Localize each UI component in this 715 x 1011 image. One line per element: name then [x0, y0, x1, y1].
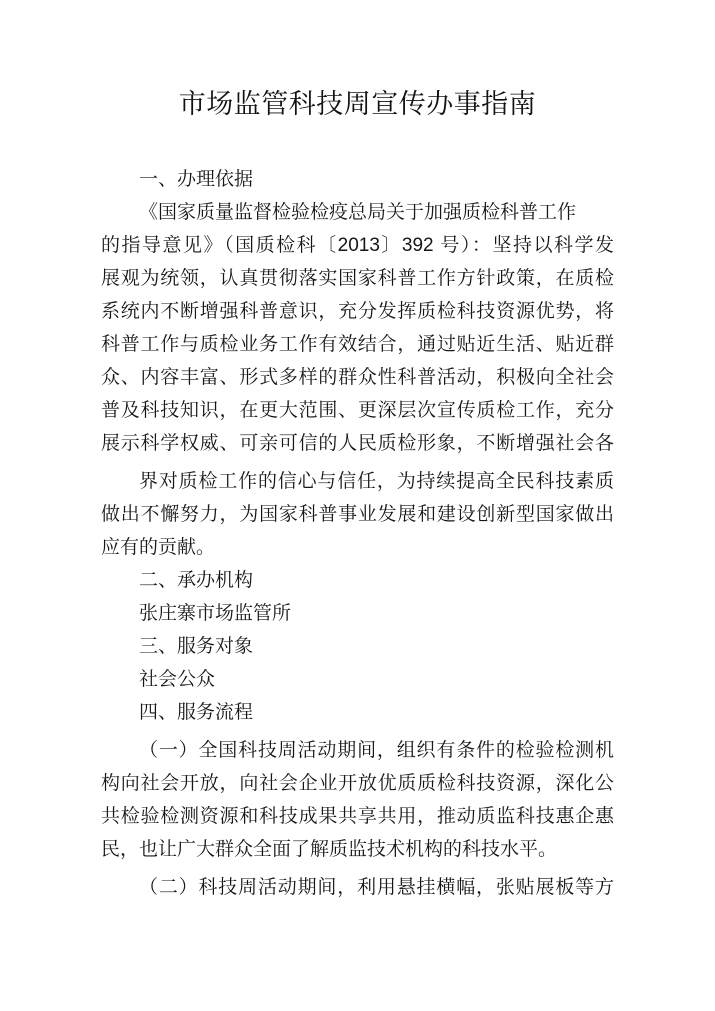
body-line: 普及科技知识，在更大范围、更深层次宣传质检工作，充分 [101, 394, 614, 427]
section-heading-3: 三、服务对象 [101, 630, 614, 663]
body-line: 科普工作与质检业务工作有效结合，通过贴近生活、贴近群 [101, 328, 614, 361]
body-line: 展示科学权威、可亲可信的人民质检形象，不断增强社会各 [101, 427, 614, 460]
body-line: 展观为统领，认真贯彻落实国家科普工作方针政策，在质检 [101, 262, 614, 295]
body-line: 社会公众 [101, 663, 614, 696]
body-line: 民，也让广大群众全面了解质监技术机构的科技水平。 [101, 833, 614, 866]
body-line: 张庄寨市场监管所 [101, 597, 614, 630]
section-heading-2: 二、承办机构 [101, 564, 614, 597]
document-body: 一、办理依据《国家质量监督检验检疫总局关于加强质检科普工作的指导意见》（国质检科… [101, 163, 614, 904]
body-line: 的指导意见》（国质检科〔2013〕392 号）：坚持以科学发 [101, 229, 614, 262]
section-heading-4: 四、服务流程 [101, 696, 614, 729]
body-line: 《国家质量监督检验检疫总局关于加强质检科普工作 [101, 196, 614, 229]
body-line: 做出不懈努力，为国家科普事业发展和建设创新型国家做出 [101, 498, 614, 531]
document-title: 市场监管科技周宣传办事指南 [0, 0, 715, 122]
body-line: （一）全国科技周活动期间，组织有条件的检验检测机 [101, 734, 614, 767]
body-line: 界对质检工作的信心与信任，为持续提高全民科技素质 [101, 465, 614, 498]
section-heading-1: 一、办理依据 [101, 163, 614, 196]
body-line: 应有的贡献。 [101, 531, 614, 564]
body-line: 构向社会开放，向社会企业开放优质质检科技资源，深化公 [101, 767, 614, 800]
document-page: 市场监管科技周宣传办事指南 一、办理依据《国家质量监督检验检疫总局关于加强质检科… [0, 0, 715, 1011]
body-line: 众、内容丰富、形式多样的群众性科普活动，积极向全社会 [101, 361, 614, 394]
body-line: （二）科技周活动期间，利用悬挂横幅，张贴展板等方 [101, 871, 614, 904]
body-line: 系统内不断增强科普意识，充分发挥质检科技资源优势，将 [101, 295, 614, 328]
body-line: 共检验检测资源和科技成果共享共用，推动质监科技惠企惠 [101, 800, 614, 833]
